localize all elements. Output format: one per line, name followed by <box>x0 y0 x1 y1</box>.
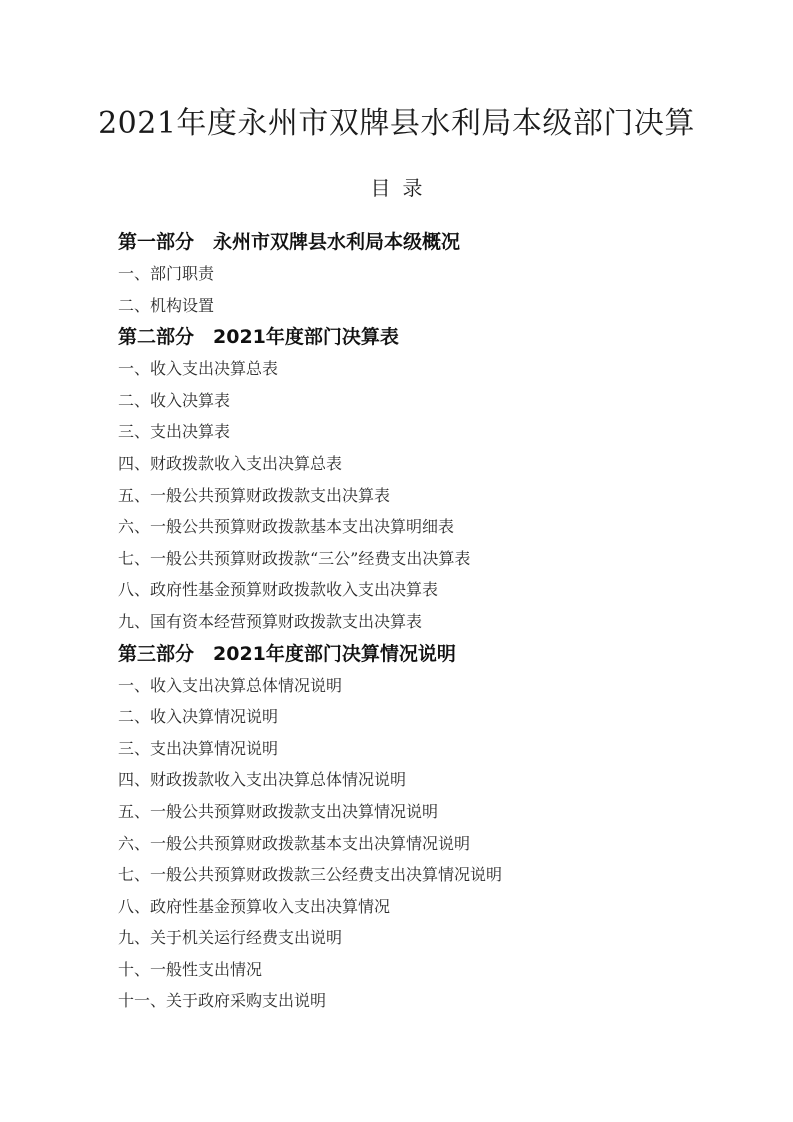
document-title: 2021年度永州市双牌县水利局本级部门决算 <box>0 98 793 142</box>
toc-item: 七、一般公共预算财政拨款“三公”经费支出决算表 <box>118 543 718 575</box>
toc-item: 四、财政拨款收入支出决算总体情况说明 <box>118 764 718 796</box>
toc-item: 六、一般公共预算财政拨款基本支出决算情况说明 <box>118 828 718 860</box>
toc-item: 一、部门职责 <box>118 258 718 290</box>
toc-item: 二、收入决算表 <box>118 385 718 417</box>
part-1-heading: 第一部分 永州市双牌县水利局本级概况 <box>118 226 718 258</box>
toc-item: 三、支出决算情况说明 <box>118 733 718 765</box>
toc-item: 九、国有资本经营预算财政拨款支出决算表 <box>118 606 718 638</box>
toc-item: 九、关于机关运行经费支出说明 <box>118 922 718 954</box>
toc-item: 五、一般公共预算财政拨款支出决算表 <box>118 480 718 512</box>
toc-item: 四、财政拨款收入支出决算总表 <box>118 448 718 480</box>
toc-item: 八、政府性基金预算收入支出决算情况 <box>118 891 718 923</box>
toc-item: 二、机构设置 <box>118 290 718 322</box>
part-3-heading: 第三部分 2021年度部门决算情况说明 <box>118 638 718 670</box>
toc-item: 三、支出决算表 <box>118 416 718 448</box>
toc-item: 一、收入支出决算总表 <box>118 353 718 385</box>
part-2-heading: 第二部分 2021年度部门决算表 <box>118 321 718 353</box>
toc-item: 一、收入支出决算总体情况说明 <box>118 670 718 702</box>
table-of-contents: 第一部分 永州市双牌县水利局本级概况 一、部门职责 二、机构设置 第二部分 20… <box>118 226 718 1017</box>
toc-item: 八、政府性基金预算财政拨款收入支出决算表 <box>118 574 718 606</box>
toc-item: 七、一般公共预算财政拨款三公经费支出决算情况说明 <box>118 859 718 891</box>
toc-item: 二、收入决算情况说明 <box>118 701 718 733</box>
toc-item: 五、一般公共预算财政拨款支出决算情况说明 <box>118 796 718 828</box>
toc-item: 十、一般性支出情况 <box>118 954 718 986</box>
toc-item: 十一、关于政府采购支出说明 <box>118 985 718 1017</box>
toc-item: 六、一般公共预算财政拨款基本支出决算明细表 <box>118 511 718 543</box>
toc-heading: 目录 <box>0 172 793 201</box>
